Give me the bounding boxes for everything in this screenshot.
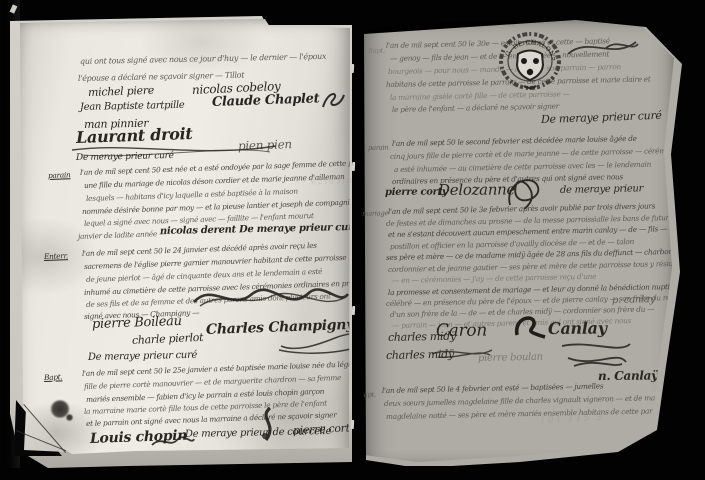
margin-note-bapt: Bapt. — [359, 391, 376, 399]
manuscript-scan: qui ont tous signé avec nous ce jour d'h… — [0, 0, 705, 480]
binding-stitch — [352, 306, 355, 315]
signature: n. Canlaÿ — [598, 368, 658, 383]
handwritten-line: deux sœurs jumelles magdelaine fille de … — [384, 393, 665, 408]
handwritten-line: le père de l'enfant — a déclaré ne sçavo… — [392, 102, 559, 114]
binding-stitch — [351, 420, 354, 429]
handwritten-line: qui ont tous signé avec nous ce jour d'h… — [80, 52, 326, 66]
margin-note-parain: parain — [368, 144, 389, 152]
signature: de meraye prieur — [560, 183, 643, 196]
signature: charle pierlot — [132, 331, 204, 347]
binding-stitch — [351, 64, 354, 73]
handwritten-line: janvier de ladite année — — [78, 229, 166, 241]
handwritten-line: — en — cérémonies — j'ay — de cette parr… — [392, 272, 596, 285]
right-page: Bapt. l'an de mil sept cent 50 le 30e — … — [358, 12, 680, 470]
signature-flourish — [566, 34, 640, 62]
signature: michel piere — [88, 84, 154, 99]
signature: p. canlay — [612, 294, 655, 306]
handwritten-line: cinq jours fille de pierre cortè et de m… — [390, 146, 680, 161]
signature: pierre boulan — [478, 352, 543, 364]
binding-stitch — [352, 162, 355, 171]
signature-flourish — [320, 88, 346, 112]
handwritten-line: l'an de mil sept 50 le 4 febvrier ont es… — [382, 381, 603, 395]
handwritten-line: cordonnier et de jeanne gautier — ses pè… — [388, 259, 680, 274]
margin-note-bapt: Bapt. — [368, 47, 385, 55]
signature-flourish — [512, 312, 548, 342]
bleed-through-mirror: nicolas — [309, 176, 352, 187]
signature-flourish — [275, 330, 354, 356]
ink-blot-small — [66, 414, 73, 421]
signature-flourish — [560, 338, 634, 370]
signature: De meraye prieur curé — [88, 350, 197, 363]
signature: Jean Baptiste tartpille — [80, 100, 185, 113]
handwritten-line: l'an de mil sept 50 le second febvrier e… — [392, 134, 637, 148]
signature-flourish — [192, 284, 352, 314]
margin-note-burial: Enterr. — [44, 251, 68, 261]
left-page: qui ont tous signé avec nous ce jour d'h… — [16, 14, 354, 480]
signature: Claude Chaplet — [212, 91, 320, 110]
signature: Canlay — [548, 318, 607, 338]
signature: pierre Boileau — [92, 314, 182, 332]
margin-note-parain: parain — [48, 170, 71, 180]
signature-flourish — [256, 406, 282, 442]
signature: pierre cortè — [293, 421, 354, 437]
signature: Caron — [436, 321, 487, 341]
signature: De meraye prieur curé — [541, 109, 662, 126]
tax-stamp: G. DE CHALONS — [498, 30, 562, 92]
margin-note-bapt: Bapt. — [44, 372, 63, 382]
bleed-through-text: 101 115 3 — [540, 413, 604, 426]
handwritten-line: magdelaine notté — ses père et mère mari… — [386, 406, 673, 421]
signature-flourish — [70, 140, 280, 160]
signature: charles midÿ — [386, 348, 454, 362]
margin-note-mariage: mariage — [362, 209, 389, 218]
